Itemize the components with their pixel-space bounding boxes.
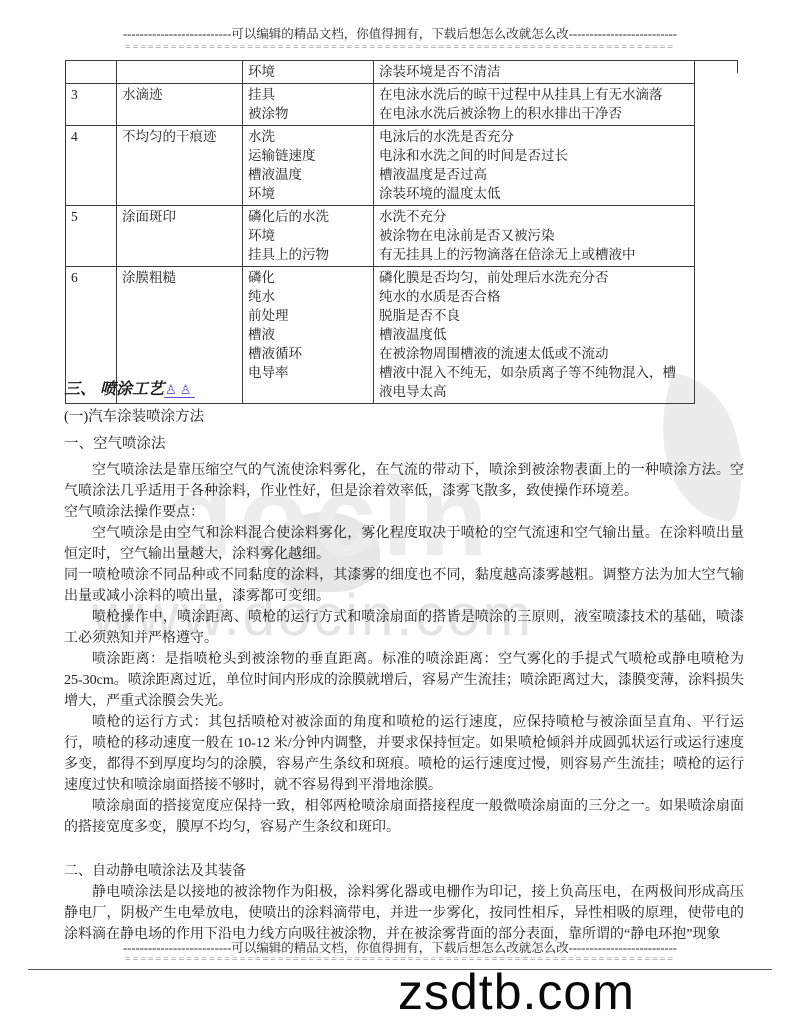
bookmark-anchor-icon[interactable]: ♙ bbox=[180, 382, 192, 397]
cell-factors: 水洗运输链速度槽液温度环境 bbox=[243, 126, 374, 206]
cell-defect-name: 水滴迹 bbox=[117, 84, 243, 126]
document-page: 〃 docin www.docin.com ------------------… bbox=[0, 0, 800, 1035]
check-line: 磷化膜是否均匀，前处理后水洗充分否 bbox=[379, 268, 689, 287]
cell-factors: 挂具被涂物 bbox=[243, 84, 374, 126]
check-line: 在被涂物周围槽液的流速太低或不流动 bbox=[379, 344, 689, 363]
factor-line: 被涂物 bbox=[248, 104, 368, 123]
body-paragraph: 喷枪的运行方式：其包括喷枪对被涂面的角度和喷枪的运行速度，应保持喷枪与被涂面呈直… bbox=[64, 712, 744, 796]
paragraphs-container: 空气喷涂法是靠压缩空气的气流使涂料雾化，在气流的带动下，喷涂到被涂物表面上的一种… bbox=[64, 460, 744, 945]
table-row: 5涂面斑印磷化后的水洗环境挂具上的污物水洗不充分被涂物在电泳前是否又被污染有无挂… bbox=[66, 206, 695, 267]
factor-line: 前处理 bbox=[248, 306, 368, 325]
cell-row-number: 4 bbox=[66, 126, 117, 206]
factor-line: 环境 bbox=[248, 226, 368, 245]
check-line: 脱脂是否不良 bbox=[379, 306, 689, 325]
cell-check-items: 在电泳水洗后的晾干过程中从挂具上有无水滴落在电泳水洗后被涂物上的积水排出干净否 bbox=[374, 84, 695, 126]
factor-line: 挂具 bbox=[248, 85, 368, 104]
check-line: 电泳和水洗之间的时间是否过长 bbox=[379, 146, 689, 165]
cell-factors: 环境 bbox=[243, 61, 374, 84]
factor-line: 槽液 bbox=[248, 325, 368, 344]
check-line: 槽液温度低 bbox=[379, 325, 689, 344]
cell-defect-name bbox=[117, 61, 243, 84]
table-row: 环境涂装环境是否不清洁 bbox=[66, 61, 695, 84]
factor-line: 槽液温度 bbox=[248, 165, 368, 184]
factor-line: 环境 bbox=[248, 184, 368, 203]
site-watermark-text: zsdtb.com bbox=[398, 963, 635, 1021]
body-paragraph: 喷涂扇面的搭接宽度应保持一致，相邻两枪喷涂扇面搭接程度一般微喷涂扇面的三分之一。… bbox=[64, 796, 744, 838]
check-line: 被涂物在电泳前是否又被污染 bbox=[379, 226, 689, 245]
section-title-text: 喷涂工艺 bbox=[100, 381, 164, 398]
section-title: 三、 喷涂工艺♙♙ bbox=[64, 376, 744, 399]
cell-defect-name: 不均匀的干痕迹 bbox=[117, 126, 243, 206]
cell-check-items: 水洗不充分被涂物在电泳前是否又被污染有无挂具上的污物滴落在倍涂无上或槽液中 bbox=[374, 206, 695, 267]
cell-row-number: 5 bbox=[66, 206, 117, 267]
bookmark-anchor-links[interactable]: ♙♙ bbox=[164, 382, 195, 398]
check-line: 有无挂具上的污物滴落在倍涂无上或槽液中 bbox=[379, 245, 689, 264]
factor-line: 磷化 bbox=[248, 268, 368, 287]
body-paragraph: 喷枪操作中，喷涂距离、喷枪的运行方式和喷涂扇面的搭皆是喷涂的三原则，液室喷漆技术… bbox=[64, 607, 744, 649]
check-line: 水洗不充分 bbox=[379, 207, 689, 226]
defects-table: 环境涂装环境是否不清洁3水滴迹挂具被涂物在电泳水洗后的晾干过程中从挂具上有无水滴… bbox=[65, 60, 695, 404]
cell-row-number bbox=[66, 61, 117, 84]
factor-line: 挂具上的污物 bbox=[248, 245, 368, 264]
header-notice: --------------------------可以编辑的精品文档，你值得拥… bbox=[0, 24, 800, 42]
section-number: 三、 bbox=[64, 381, 96, 398]
check-line: 电泳后的水洗是否充分 bbox=[379, 127, 689, 146]
check-line: 涂装环境是否不清洁 bbox=[379, 62, 689, 81]
factor-line: 水洗 bbox=[248, 127, 368, 146]
factor-line: 槽液循环 bbox=[248, 344, 368, 363]
header-divider: ========================================… bbox=[0, 42, 800, 53]
factor-line: 运输链速度 bbox=[248, 146, 368, 165]
factor-line: 纯水 bbox=[248, 287, 368, 306]
body-paragraph: 同一喷枪喷涂不同品种或不同黏度的涂料，其漆雾的细度也不同，黏度越高漆雾越粗。调整… bbox=[64, 565, 744, 607]
bookmark-anchor-icon[interactable]: ♙ bbox=[165, 382, 177, 397]
cell-check-items: 电泳后的水洗是否充分电泳和水洗之间的时间是否过长槽液温度是否过高涂装环境的温度太… bbox=[374, 126, 695, 206]
table-row: 3水滴迹挂具被涂物在电泳水洗后的晾干过程中从挂具上有无水滴落在电泳水洗后被涂物上… bbox=[66, 84, 695, 126]
check-line: 槽液温度是否过高 bbox=[379, 165, 689, 184]
body-paragraph: 空气喷涂是由空气和涂料混合使涂料雾化，雾化程度取决于喷枪的空气流速和空气输出量。… bbox=[64, 523, 744, 565]
check-line: 在电泳水洗后被涂物上的积水排出干净否 bbox=[379, 104, 689, 123]
cell-defect-name: 涂面斑印 bbox=[117, 206, 243, 267]
check-line: 在电泳水洗后的晾干过程中从挂具上有无水滴落 bbox=[379, 85, 689, 104]
cell-check-items: 涂装环境是否不清洁 bbox=[374, 61, 695, 84]
cell-factors: 磷化后的水洗环境挂具上的污物 bbox=[243, 206, 374, 267]
table-top-border-extension bbox=[650, 60, 738, 61]
body-heading: 二、自动静电喷涂法及其装备 bbox=[64, 861, 744, 882]
table-right-border-tick bbox=[737, 60, 738, 73]
table-row: 4不均匀的干痕迹水洗运输链速度槽液温度环境电泳后的水洗是否充分电泳和水洗之间的时… bbox=[66, 126, 695, 206]
cell-row-number: 3 bbox=[66, 84, 117, 126]
check-line: 涂装环境的温度太低 bbox=[379, 184, 689, 203]
body-paragraph: 喷涂距离：是指喷枪头到被涂物的垂直距离。标准的喷涂距离：空气雾化的手提式气喷枪或… bbox=[64, 649, 744, 712]
factor-line: 磷化后的水洗 bbox=[248, 207, 368, 226]
body-paragraph: 静电喷涂法是以接地的被涂物作为阳极，涂料雾化器或电栅作为印记，接上负高压电，在两… bbox=[64, 882, 744, 945]
sub-heading-2: 一、空气喷涂法 bbox=[64, 433, 744, 455]
sub-heading-1: (一)汽车涂装喷涂方法 bbox=[64, 406, 744, 428]
body-paragraph: 空气喷涂法操作要点： bbox=[64, 502, 744, 523]
body-content: 三、 喷涂工艺♙♙ (一)汽车涂装喷涂方法 一、空气喷涂法 空气喷涂法是靠压缩空… bbox=[64, 376, 744, 945]
check-line: 纯水的水质是否合格 bbox=[379, 287, 689, 306]
factor-line: 环境 bbox=[248, 62, 368, 81]
body-paragraph: 空气喷涂法是靠压缩空气的气流使涂料雾化，在气流的带动下，喷涂到被涂物表面上的一种… bbox=[64, 460, 744, 502]
